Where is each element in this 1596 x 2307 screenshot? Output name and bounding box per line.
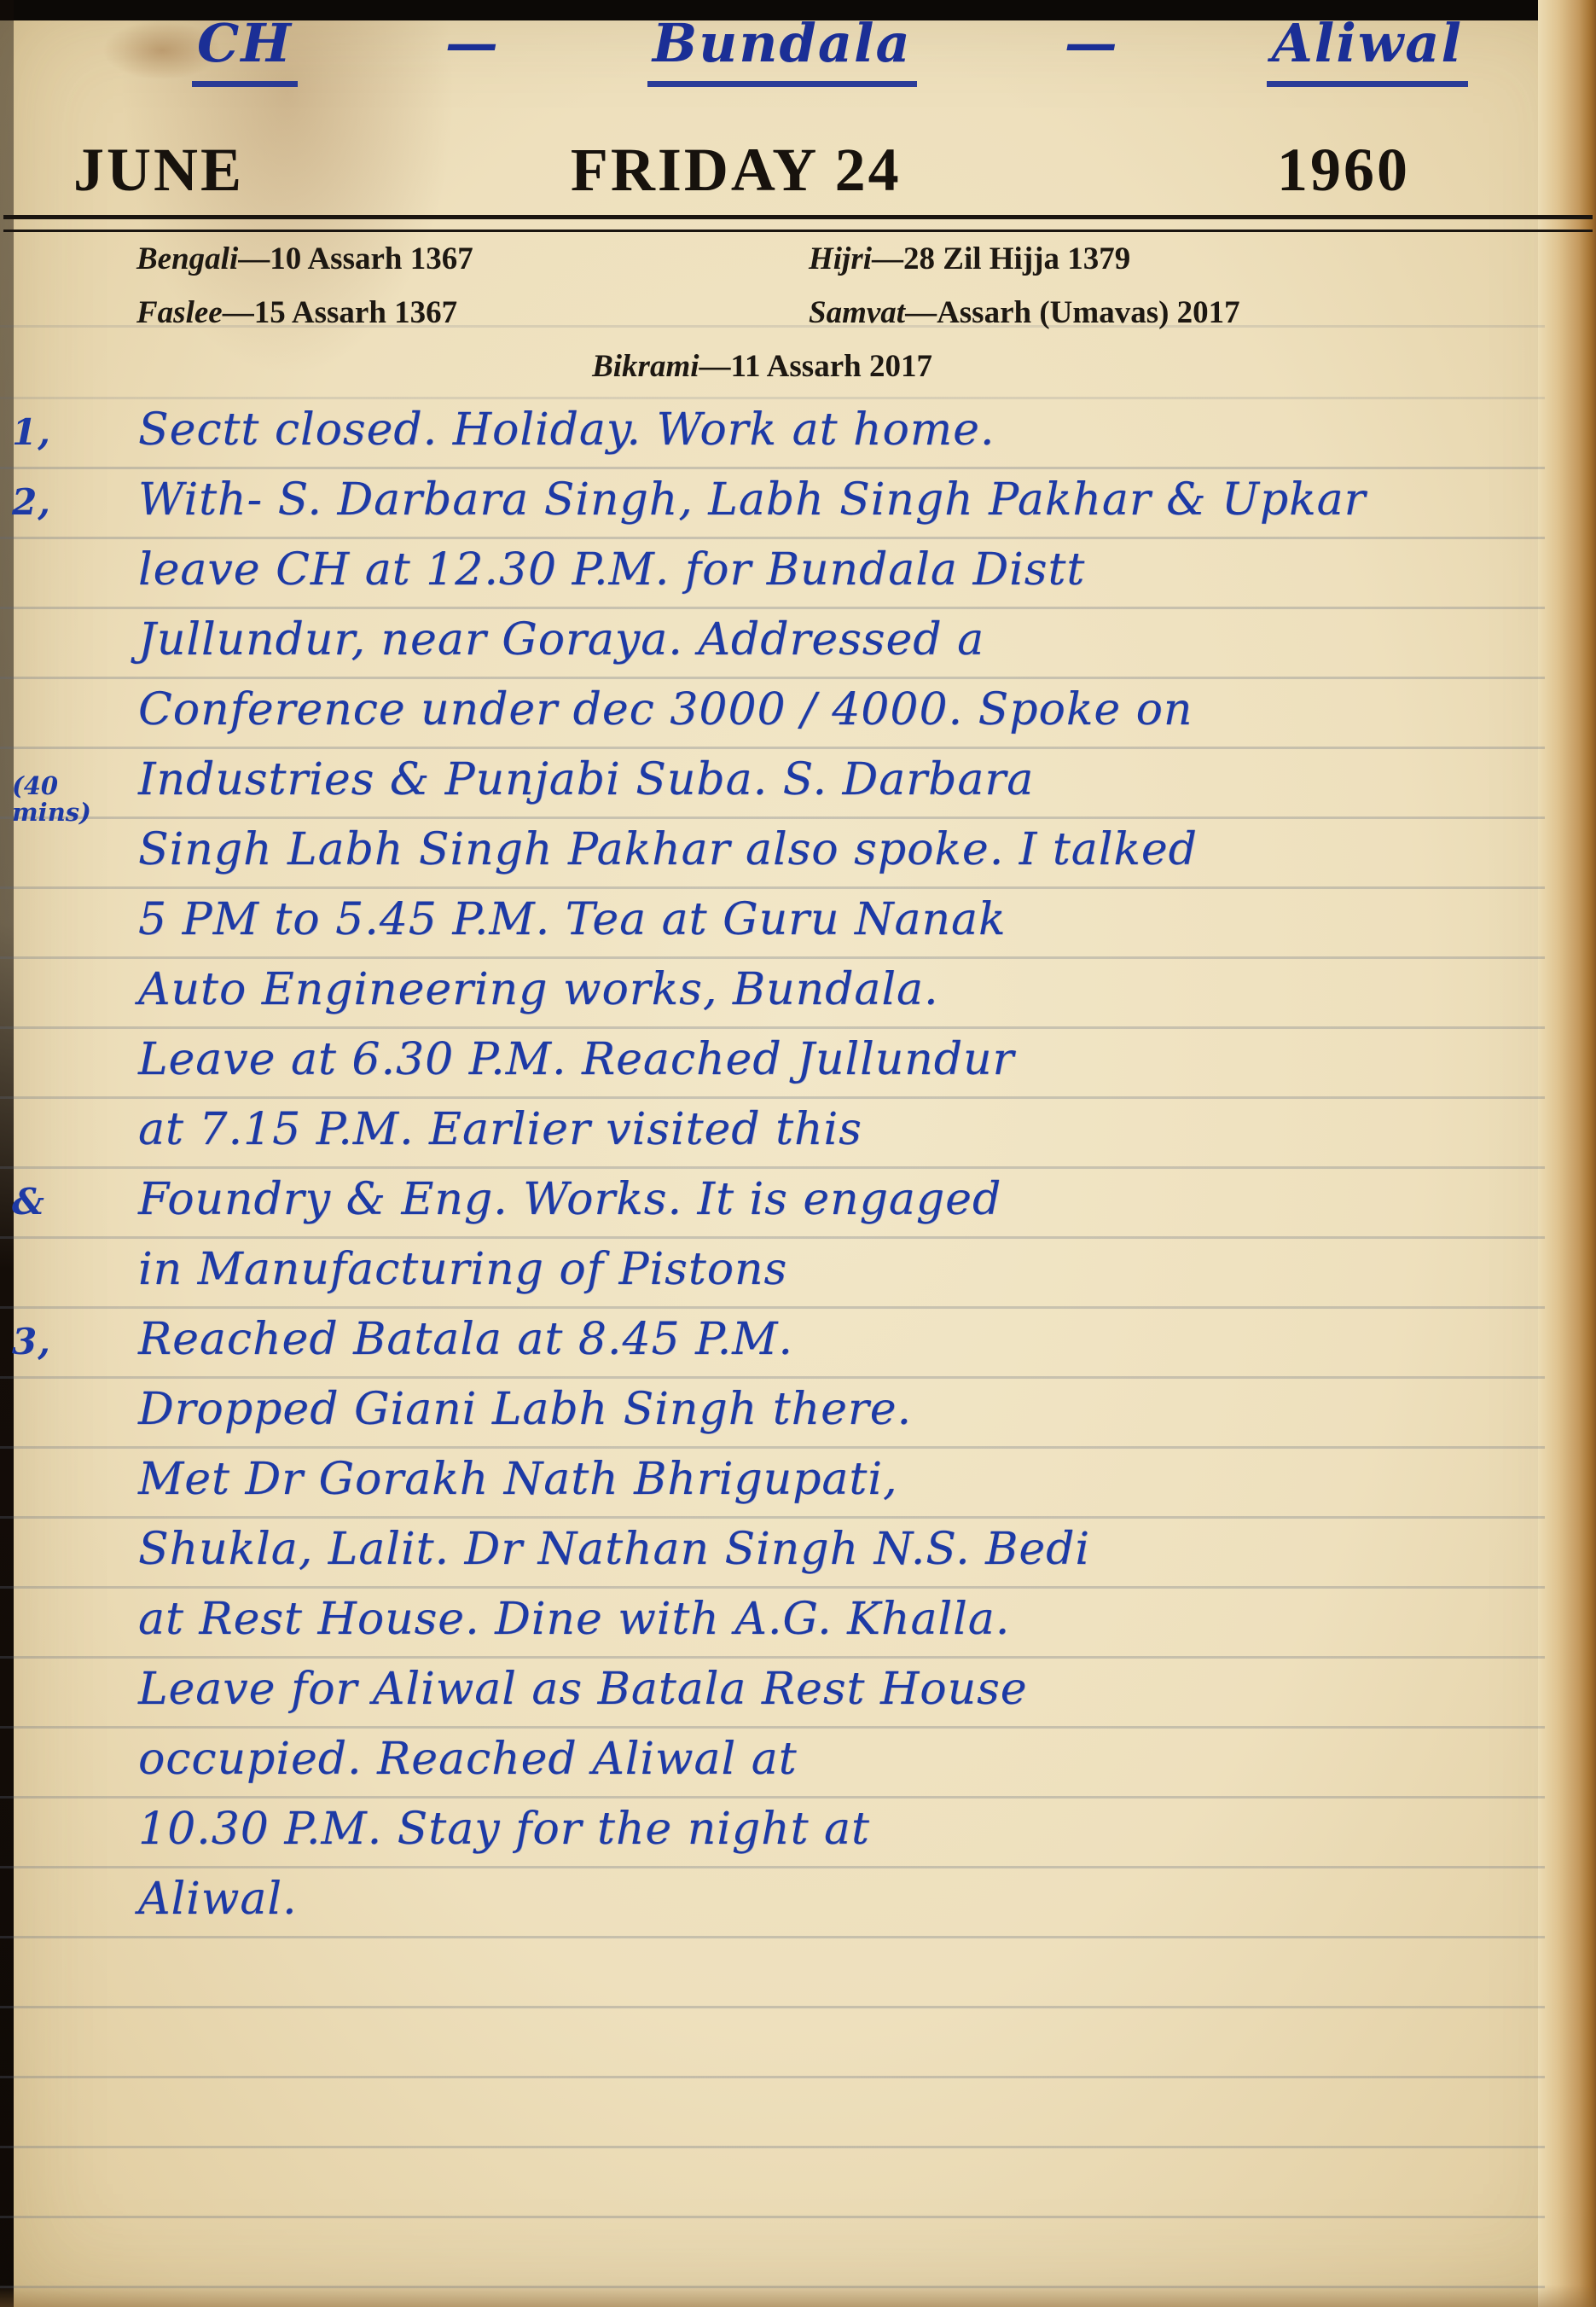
- handwritten-text: leave CH at 12.30 P.M. for Bundala Distt: [138, 544, 1528, 596]
- diary-line: (40 mins)Industries & Punjabi Suba. S. D…: [3, 754, 1528, 824]
- diary-page: CH — Bundala — Aliwal JUNE FRIDAY 24 196…: [0, 0, 1596, 2307]
- calendar-label: Bengali: [136, 241, 238, 276]
- diary-line: Shukla, Lalit. Dr Nathan Singh N.S. Bedi: [3, 1524, 1528, 1594]
- dash: —: [699, 349, 731, 384]
- diary-line: at Rest House. Dine with A.G. Khalla.: [3, 1594, 1528, 1664]
- dash: —: [905, 295, 937, 330]
- handwritten-text: Leave at 6.30 P.M. Reached Jullundur: [138, 1034, 1528, 1085]
- page-edge-bottom: [0, 2285, 1596, 2307]
- entry-number: 3,: [3, 1327, 138, 1357]
- handwritten-text: With- S. Darbara Singh, Labh Singh Pakha…: [138, 474, 1528, 526]
- handwritten-text: at 7.15 P.M. Earlier visited this: [138, 1104, 1528, 1155]
- handwritten-text: Jullundur, near Goraya. Addressed a: [138, 614, 1528, 665]
- diary-line: occupied. Reached Aliwal at: [3, 1734, 1528, 1804]
- handwritten-text: Met Dr Gorakh Nath Bhrigupati,: [138, 1454, 1528, 1505]
- diary-line: Singh Labh Singh Pakhar also spoke. I ta…: [3, 824, 1528, 894]
- route-from: CH: [192, 12, 298, 87]
- calendar-label: Hijri: [809, 241, 872, 276]
- handwritten-text: 10.30 P.M. Stay for the night at: [138, 1804, 1528, 1855]
- diary-line: Aliwal.: [3, 1874, 1528, 1944]
- calendar-bengali: Bengali—10 Assarh 1367: [136, 241, 473, 277]
- diary-line: Jullundur, near Goraya. Addressed a: [3, 614, 1528, 684]
- diary-line: &Foundry & Eng. Works. It is engaged: [3, 1174, 1528, 1244]
- diary-line: 3,Reached Batala at 8.45 P.M.: [3, 1314, 1528, 1384]
- route-via: Bundala: [647, 12, 917, 87]
- handwritten-text: occupied. Reached Aliwal at: [138, 1734, 1528, 1785]
- diary-line: in Manufacturing of Pistons: [3, 1244, 1528, 1314]
- handwritten-text: Sectt closed. Holiday. Work at home.: [138, 404, 1528, 456]
- handwritten-text: Auto Engineering works, Bundala.: [138, 964, 1528, 1015]
- diary-line: 2,With- S. Darbara Singh, Labh Singh Pak…: [3, 474, 1528, 544]
- diary-line: Leave at 6.30 P.M. Reached Jullundur: [3, 1034, 1528, 1104]
- diary-line: 10.30 P.M. Stay for the night at: [3, 1804, 1528, 1874]
- calendar-label: Samvat: [809, 295, 905, 330]
- calendar-faslee: Faslee—15 Assarh 1367: [136, 294, 457, 331]
- route-separator: —: [445, 12, 500, 74]
- dash: —: [223, 295, 254, 330]
- route-annotation: CH — Bundala — Aliwal: [192, 12, 1468, 87]
- entry-number: 1,: [3, 417, 138, 448]
- handwritten-text: Dropped Giani Labh Singh there.: [138, 1384, 1528, 1435]
- date-header: JUNE FRIDAY 24 1960: [0, 135, 1538, 203]
- margin-mark: &: [3, 1187, 138, 1217]
- diary-line: Leave for Aliwal as Batala Rest House: [3, 1664, 1528, 1734]
- calendar-label: Faslee: [136, 295, 223, 330]
- handwritten-text: Foundry & Eng. Works. It is engaged: [138, 1174, 1528, 1225]
- diary-line: Auto Engineering works, Bundala.: [3, 964, 1528, 1034]
- calendar-value: Assarh (Umavas) 2017: [937, 295, 1240, 330]
- handwritten-text: Singh Labh Singh Pakhar also spoke. I ta…: [138, 824, 1528, 875]
- weekday-date-label: FRIDAY 24: [571, 135, 902, 206]
- diary-line: Met Dr Gorakh Nath Bhrigupati,: [3, 1454, 1528, 1524]
- handwritten-text: Conference under dec 3000 / 4000. Spoke …: [138, 684, 1528, 735]
- month-label: JUNE: [73, 135, 244, 206]
- year-label: 1960: [1277, 135, 1410, 206]
- calendar-value: 28 Zil Hijja 1379: [903, 241, 1130, 276]
- diary-line: at 7.15 P.M. Earlier visited this: [3, 1104, 1528, 1174]
- handwritten-text: 5 PM to 5.45 P.M. Tea at Guru Nanak: [138, 894, 1528, 945]
- handwritten-text: Leave for Aliwal as Batala Rest House: [138, 1664, 1528, 1715]
- route-separator: —: [1065, 12, 1119, 74]
- handwritten-text: at Rest House. Dine with A.G. Khalla.: [138, 1594, 1528, 1645]
- diary-line: 1,Sectt closed. Holiday. Work at home.: [3, 404, 1528, 474]
- route-to: Aliwal: [1267, 12, 1468, 87]
- diary-line: leave CH at 12.30 P.M. for Bundala Distt: [3, 544, 1528, 614]
- page-edge-right: [1538, 0, 1596, 2307]
- margin-note-duration: (40 mins): [3, 773, 138, 826]
- calendar-samvat: Samvat—Assarh (Umavas) 2017: [809, 294, 1240, 331]
- calendar-label: Bikrami: [592, 349, 699, 384]
- calendar-value: 10 Assarh 1367: [270, 241, 473, 276]
- handwritten-text: Aliwal.: [138, 1874, 1528, 1925]
- handwritten-text: Industries & Punjabi Suba. S. Darbara: [138, 754, 1528, 805]
- diary-line: 5 PM to 5.45 P.M. Tea at Guru Nanak: [3, 894, 1528, 964]
- calendar-info: Bengali—10 Assarh 1367 Faslee—15 Assarh …: [0, 241, 1538, 394]
- calendar-hijri: Hijri—28 Zil Hijja 1379: [809, 241, 1130, 277]
- handwritten-text: in Manufacturing of Pistons: [138, 1244, 1528, 1295]
- calendar-bikrami: Bikrami—11 Assarh 2017: [592, 348, 932, 385]
- diary-line: Conference under dec 3000 / 4000. Spoke …: [3, 684, 1528, 754]
- dash: —: [238, 241, 270, 276]
- dash: —: [872, 241, 903, 276]
- handwritten-text: Reached Batala at 8.45 P.M.: [138, 1314, 1528, 1365]
- diary-line: Dropped Giani Labh Singh there.: [3, 1384, 1528, 1454]
- double-rule: [3, 215, 1593, 232]
- calendar-value: 15 Assarh 1367: [254, 295, 457, 330]
- handwritten-text: Shukla, Lalit. Dr Nathan Singh N.S. Bedi: [138, 1524, 1528, 1575]
- entry-number: 2,: [3, 487, 138, 518]
- diary-entries: 1,Sectt closed. Holiday. Work at home. 2…: [3, 404, 1528, 1944]
- calendar-value: 11 Assarh 2017: [731, 349, 932, 384]
